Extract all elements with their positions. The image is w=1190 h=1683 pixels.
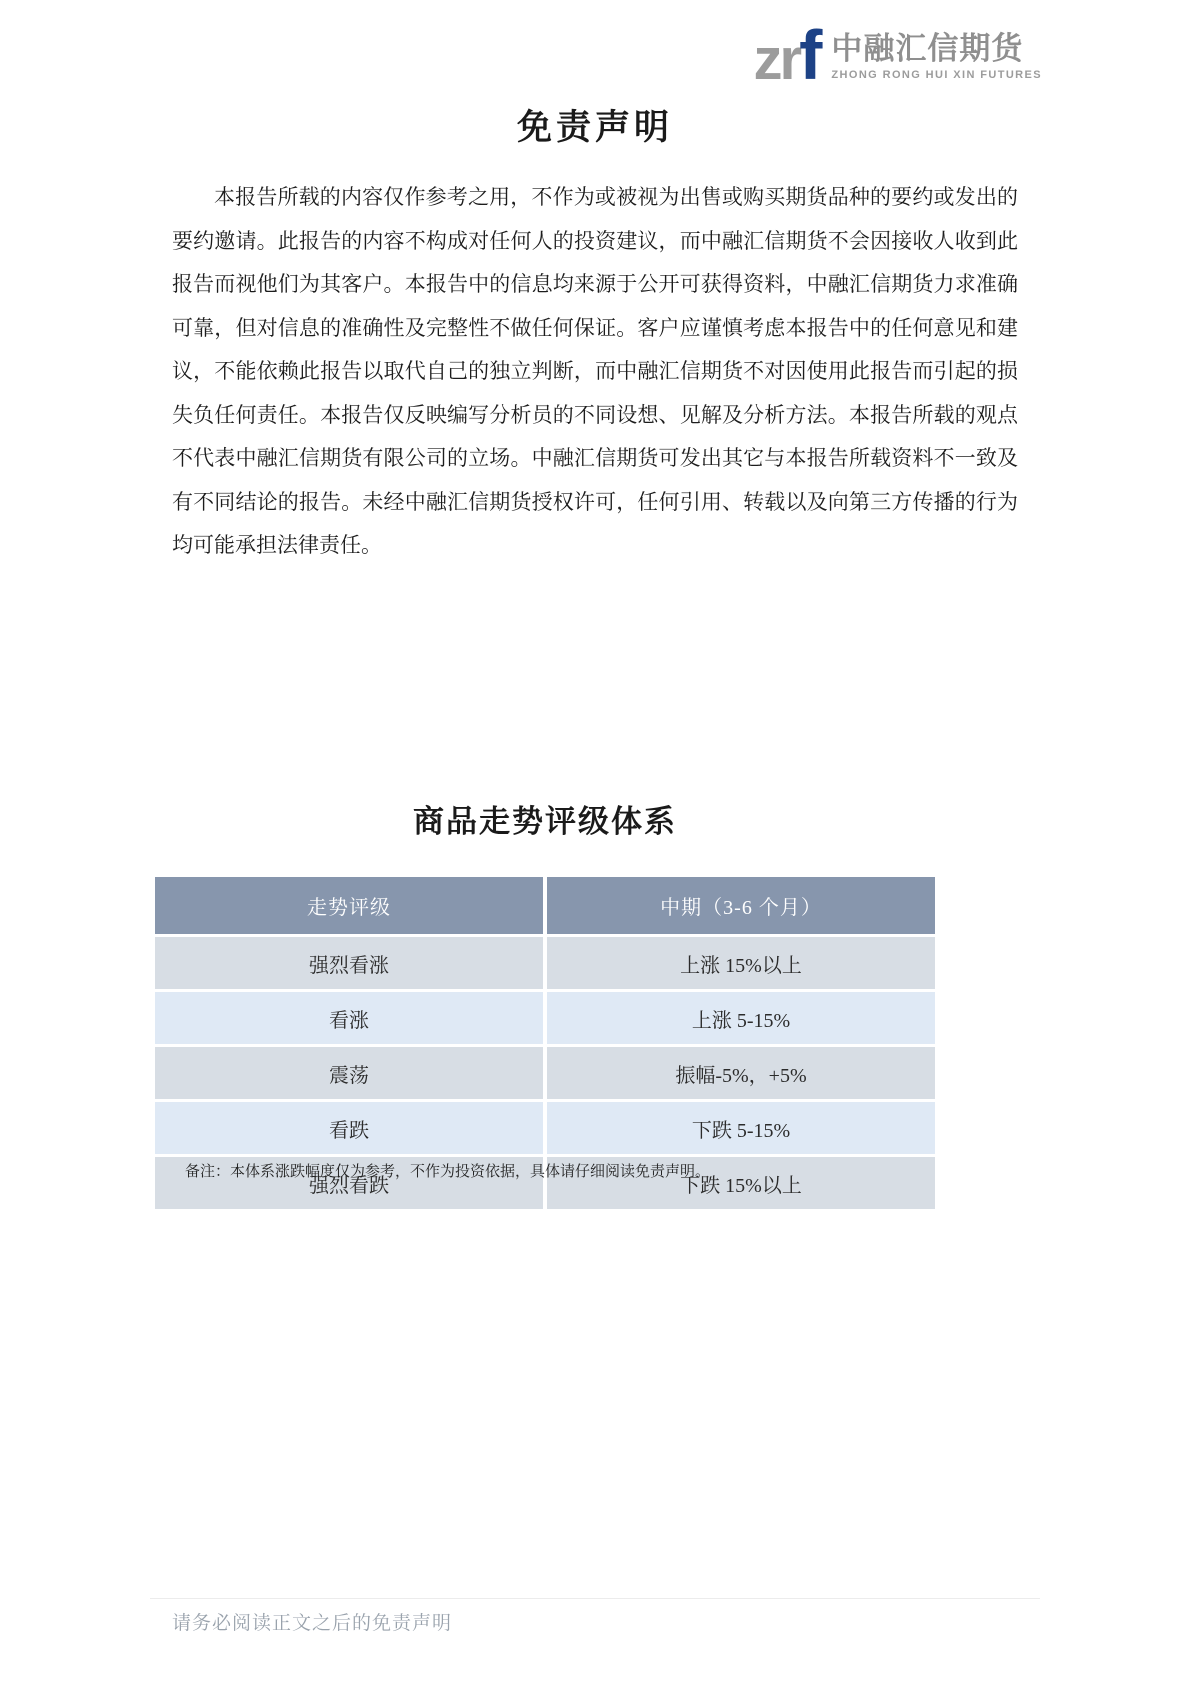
company-name-en: ZHONG RONG HUI XIN FUTURES: [831, 69, 1042, 81]
company-name-cn: 中融汇信期货: [831, 32, 1042, 66]
range-cell: 振幅-5%，+5%: [547, 1047, 935, 1099]
table-row: 强烈看涨 上涨 15%以上: [155, 937, 935, 989]
range-cell: 上涨 5-15%: [547, 992, 935, 1044]
rating-table-header-rating: 走势评级: [155, 877, 543, 934]
rating-system-title: 商品走势评级体系: [155, 796, 935, 841]
footer-divider: [150, 1598, 1040, 1599]
range-cell: 上涨 15%以上: [547, 937, 935, 989]
rating-cell: 看涨: [155, 992, 543, 1044]
range-cell: 下跌 5-15%: [547, 1102, 935, 1154]
zrf-logo-icon: zrf: [754, 24, 820, 91]
table-row: 看跌 下跌 5-15%: [155, 1102, 935, 1154]
disclaimer-title: 免责声明: [172, 100, 1018, 150]
rating-table-header-row: 走势评级 中期（3-6 个月）: [155, 877, 935, 934]
rating-cell: 震荡: [155, 1047, 543, 1099]
footer-disclaimer-reminder: 请务必阅读正文之后的免责声明: [172, 1608, 452, 1635]
disclaimer-body-text: 本报告所载的内容仅作参考之用，不作为或被视为出售或购买期货品种的要约或发出的要约…: [172, 176, 1018, 568]
rating-cell: 强烈看涨: [155, 937, 543, 989]
logo-mark-zr: zr: [754, 27, 800, 92]
company-logo: zrf 中融汇信期货 ZHONG RONG HUI XIN FUTURES: [754, 24, 1042, 91]
logo-text-block: 中融汇信期货 ZHONG RONG HUI XIN FUTURES: [831, 24, 1042, 81]
table-row: 看涨 上涨 5-15%: [155, 992, 935, 1044]
rating-table-header-midterm: 中期（3-6 个月）: [547, 877, 935, 934]
report-page: zrf 中融汇信期货 ZHONG RONG HUI XIN FUTURES 免责…: [0, 0, 1190, 1683]
logo-mark-f: f: [799, 16, 819, 94]
table-row: 震荡 振幅-5%，+5%: [155, 1047, 935, 1099]
rating-table-note: 备注：本体系涨跌幅度仅为参考，不作为投资依据，具体请仔细阅读免责声明。: [185, 1160, 945, 1181]
rating-cell: 看跌: [155, 1102, 543, 1154]
